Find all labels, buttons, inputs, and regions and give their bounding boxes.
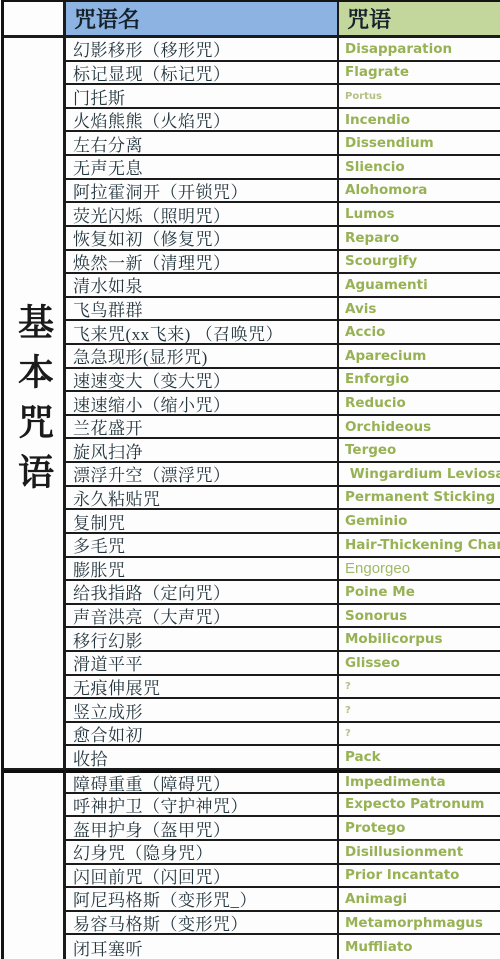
incantation-cell: Reducio bbox=[339, 392, 500, 416]
spell-name-cell: 清水如泉 bbox=[66, 274, 339, 298]
incantation-cell: Accio bbox=[339, 321, 500, 345]
incantation-cell: Tergeo bbox=[339, 439, 500, 463]
spell-name-cell: 门托斯 bbox=[66, 85, 339, 109]
incantation-cell: Muffliato bbox=[339, 935, 500, 959]
incantation-cell: Dissendium bbox=[339, 132, 500, 156]
spell-name-cell: 速速缩小（缩小咒） bbox=[66, 392, 339, 416]
incantation-cell: Enforgio bbox=[339, 369, 500, 393]
incantation-cell: Mobilicorpus bbox=[339, 628, 500, 652]
spell-name-cell: 闪回前咒（闪回咒） bbox=[66, 865, 339, 889]
incantation-cell: Sonorus bbox=[339, 605, 500, 629]
spell-name-cell: 幻身咒（隐身咒） bbox=[66, 841, 339, 865]
spell-name-cell: 无声无息 bbox=[66, 156, 339, 180]
spell-name-cell: 滑道平平 bbox=[66, 652, 339, 676]
incantation-cell: Scourgify bbox=[339, 251, 500, 275]
incantation-cell: Flagrate bbox=[339, 62, 500, 86]
spell-name-cell: 闭耳塞听 bbox=[66, 935, 339, 959]
incantation-cell: Incendio bbox=[339, 109, 500, 133]
spell-name-cell: 障碍重重（障碍咒） bbox=[66, 770, 339, 794]
incantation-cell: Hair-Thickening Charm bbox=[339, 534, 500, 558]
spell-name-cell: 收拾 bbox=[66, 746, 339, 770]
incantation-cell: Geminio bbox=[339, 510, 500, 534]
spell-name-cell: 移行幻影 bbox=[66, 628, 339, 652]
incantation-cell: Poine Me bbox=[339, 581, 500, 605]
spell-name-cell: 焕然一新（清理咒） bbox=[66, 251, 339, 275]
corner-cell bbox=[4, 2, 66, 38]
spell-name-cell: 飞鸟群群 bbox=[66, 298, 339, 322]
spell-name-cell: 幻影移形（移形咒） bbox=[66, 38, 339, 62]
column-header-incantation: 咒语 bbox=[339, 2, 500, 38]
spell-name-cell: 荧光闪烁（照明咒） bbox=[66, 203, 339, 227]
incantation-cell: Aparecium bbox=[339, 345, 500, 369]
incantation-cell: Sliencio bbox=[339, 156, 500, 180]
spell-name-cell: 速速变大（变大咒） bbox=[66, 369, 339, 393]
spell-name-cell: 声音洪亮（大声咒） bbox=[66, 605, 339, 629]
spell-table: 基本咒语 咒语名 咒语 幻影移形（移形咒）Disapparation标记显现（标… bbox=[1, 0, 500, 959]
group-cell-section-2 bbox=[4, 770, 66, 959]
spell-name-cell: 恢复如初（修复咒） bbox=[66, 227, 339, 251]
spell-name-cell: 旋风扫净 bbox=[66, 439, 339, 463]
incantation-cell: Pack bbox=[339, 746, 500, 770]
spell-name-cell: 多毛咒 bbox=[66, 534, 339, 558]
spell-name-cell: 给我指路（定向咒） bbox=[66, 581, 339, 605]
incantation-cell: Protego bbox=[339, 817, 500, 841]
incantation-cell: Metamorphmagus bbox=[339, 912, 500, 936]
incantation-cell: Avis bbox=[339, 298, 500, 322]
incantation-cell: Disillusionment bbox=[339, 841, 500, 865]
spell-name-cell: 竖立成形 bbox=[66, 699, 339, 723]
incantation-cell: Animagi bbox=[339, 888, 500, 912]
incantation-cell: ? bbox=[339, 676, 500, 700]
spell-name-cell: 左右分离 bbox=[66, 132, 339, 156]
spell-name-cell: 飞来咒(xx飞来) （召唤咒） bbox=[66, 321, 339, 345]
spell-name-cell: 漂浮升空（漂浮咒） bbox=[66, 463, 339, 487]
spell-name-cell: 阿拉霍洞开（开锁咒） bbox=[66, 180, 339, 204]
spell-name-cell: 盔甲护身（盔甲咒） bbox=[66, 817, 339, 841]
spell-name-cell: 兰花盛开 bbox=[66, 416, 339, 440]
incantation-cell: Permanent Sticking bbox=[339, 487, 500, 511]
incantation-cell: ? bbox=[339, 723, 500, 747]
spell-name-cell: 永久粘贴咒 bbox=[66, 487, 339, 511]
incantation-cell: Aguamenti bbox=[339, 274, 500, 298]
spell-name-cell: 急急现形(显形咒) bbox=[66, 345, 339, 369]
column-header-spell-name: 咒语名 bbox=[66, 2, 339, 38]
incantation-cell: Expecto Patronum bbox=[339, 794, 500, 818]
incantation-cell: Disapparation bbox=[339, 38, 500, 62]
spell-name-cell: 呼神护卫（守护神咒） bbox=[66, 794, 339, 818]
incantation-cell: Prior Incantato bbox=[339, 865, 500, 889]
spell-name-cell: 复制咒 bbox=[66, 510, 339, 534]
spell-name-cell: 火焰熊熊（火焰咒） bbox=[66, 109, 339, 133]
incantation-cell: Glisseo bbox=[339, 652, 500, 676]
incantation-cell: ? bbox=[339, 699, 500, 723]
spell-name-cell: 阿尼玛格斯（变形咒_） bbox=[66, 888, 339, 912]
spell-table-page: 基本咒语 咒语名 咒语 幻影移形（移形咒）Disapparation标记显现（标… bbox=[0, 0, 500, 959]
spell-name-cell: 膨胀咒 bbox=[66, 558, 339, 582]
incantation-cell: Engorgeo bbox=[339, 558, 500, 582]
spell-name-cell: 标记显现（标记咒） bbox=[66, 62, 339, 86]
incantation-cell: Wingardium Leviosa bbox=[339, 463, 500, 487]
incantation-cell: Impedimenta bbox=[339, 770, 500, 794]
group-label-basic-spells: 基本咒语 bbox=[16, 303, 52, 503]
spell-name-cell: 无痕伸展咒 bbox=[66, 676, 339, 700]
spell-name-cell: 愈合如初 bbox=[66, 723, 339, 747]
incantation-cell: Lumos bbox=[339, 203, 500, 227]
spell-name-cell: 易容马格斯（变形咒） bbox=[66, 912, 339, 936]
incantation-cell: Reparo bbox=[339, 227, 500, 251]
incantation-cell: Alohomora bbox=[339, 180, 500, 204]
incantation-cell: Portus bbox=[339, 85, 500, 109]
incantation-cell: Orchideous bbox=[339, 416, 500, 440]
group-cell-basic-spells: 基本咒语 bbox=[4, 38, 66, 770]
